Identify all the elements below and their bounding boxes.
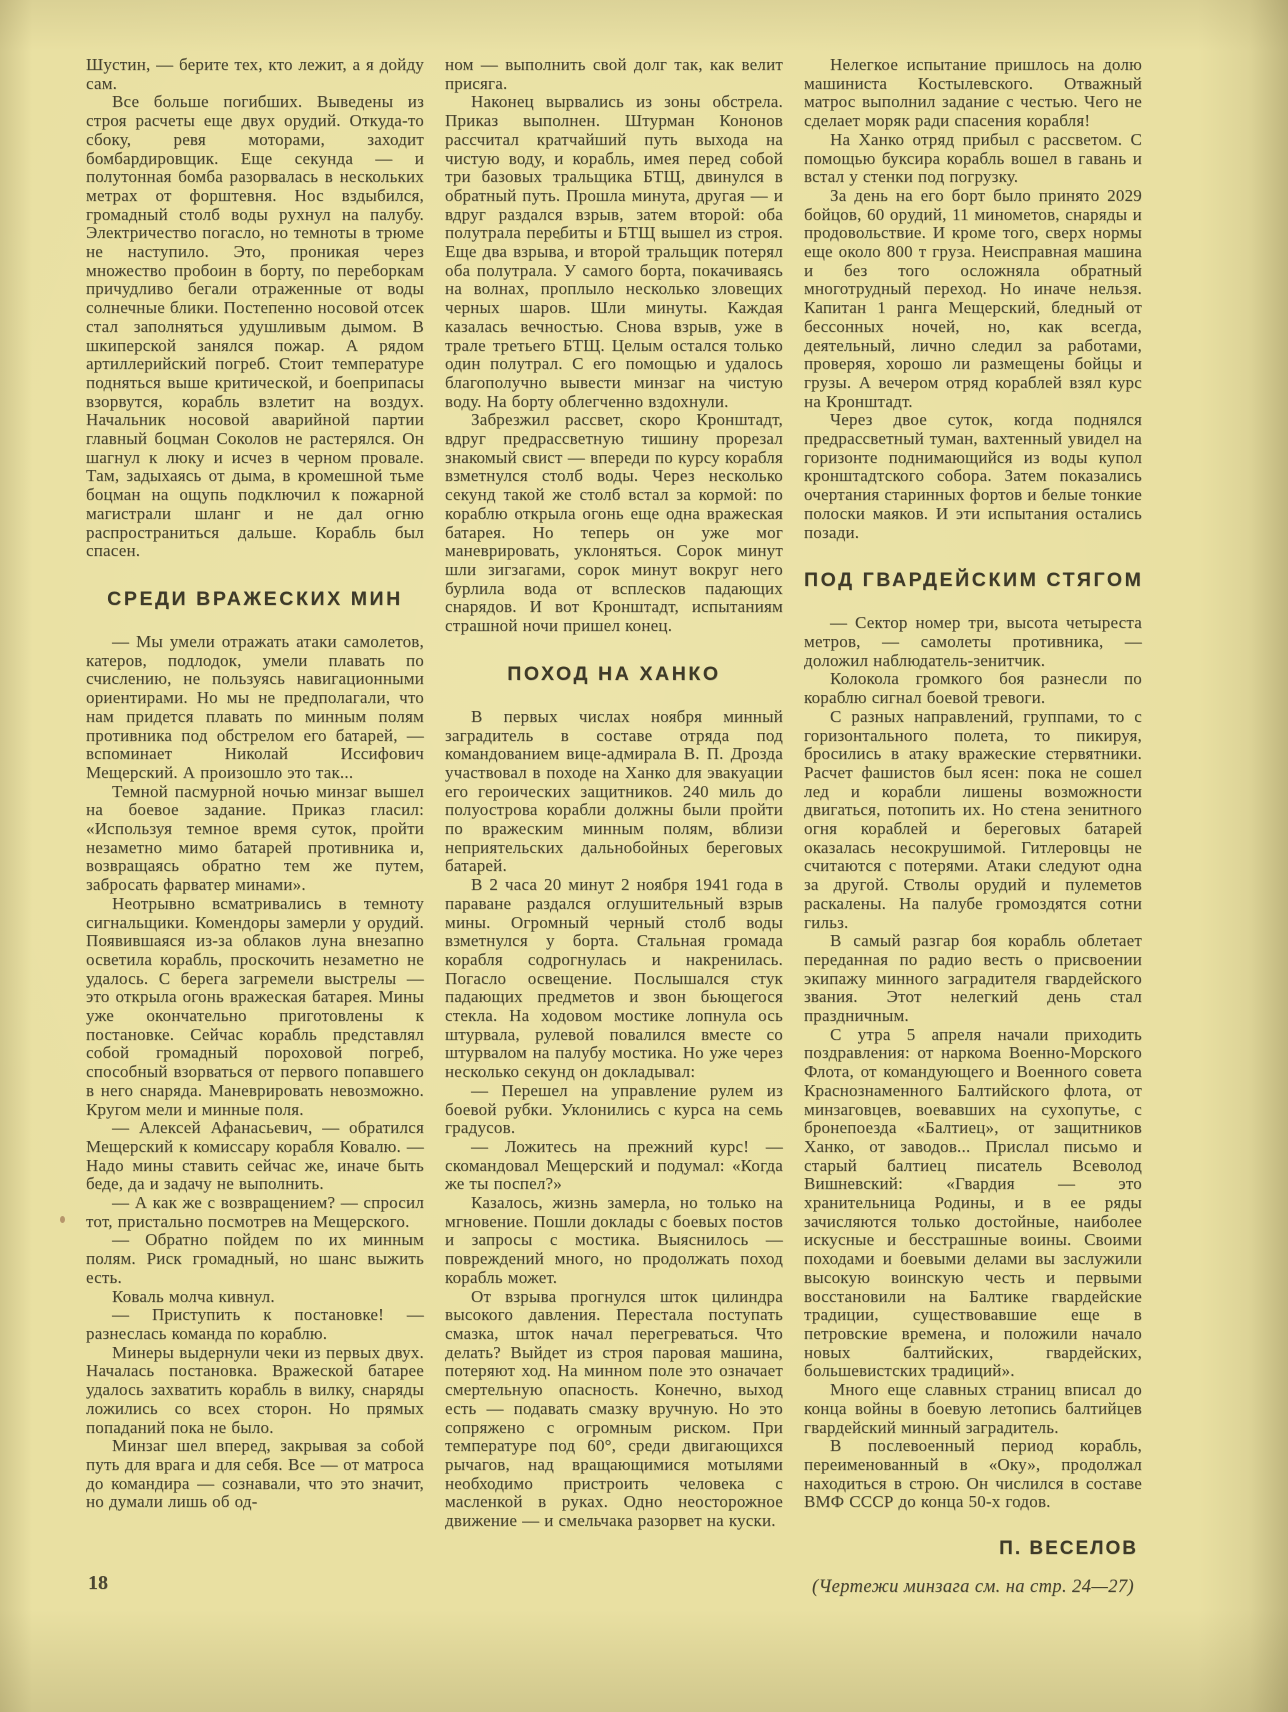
paragraph: Минзаг шел вперед, закрывая за собой пут…	[86, 1437, 424, 1512]
paragraph: Нелегкое испытание пришлось на долю маши…	[804, 56, 1142, 131]
paragraph: На Ханко отряд прибыл с рассветом. С пом…	[804, 131, 1142, 187]
paragraph: — Обратно пойдем по их минным полям. Рис…	[86, 1231, 424, 1287]
column-middle: ном — выполнить свой долг так, как велит…	[445, 56, 783, 1598]
paragraph: Казалось, жизнь замерла, но только на мг…	[445, 1194, 783, 1288]
paragraph: В первых числах ноября минный заградител…	[445, 708, 783, 876]
section-heading-pokhod-na-khanko: ПОХОД НА ХАНКО	[445, 663, 783, 686]
drawings-reference-footnote: (Чертежи минзага см. на стр. 24—27)	[804, 1577, 1142, 1598]
paragraph: В самый разгар боя корабль облетает пере…	[804, 932, 1142, 1026]
paragraph: — Приступить к постановке! — разнеслась …	[86, 1306, 424, 1343]
magazine-page: Шустин, — берите тех, кто лежит, а я дой…	[0, 0, 1288, 1712]
paragraph: Шустин, — берите тех, кто лежит, а я дой…	[86, 56, 424, 93]
paragraph: — Мы умели отражать атаки самолетов, кат…	[86, 633, 424, 783]
paragraph: С утра 5 апреля начали приходить поздрав…	[804, 1026, 1142, 1381]
paragraph: С разных направлений, группами, то с гор…	[804, 708, 1142, 932]
paragraph: — А как же с возвращением? — спросил тот…	[86, 1194, 424, 1231]
paragraph: Наконец вырвались из зоны обстрела. Прик…	[445, 93, 783, 411]
paragraph: Колокола громкого боя разнесли по корабл…	[804, 670, 1142, 707]
paper-speck	[557, 235, 563, 240]
paragraph: Неотрывно всматривались в темноту сигнал…	[86, 895, 424, 1119]
paper-speck	[60, 1216, 65, 1223]
paragraph: Темной пасмурной ночью минзаг вышел на б…	[86, 783, 424, 895]
paragraph: Все больше погибших. Выведены из строя р…	[86, 93, 424, 561]
author-byline: П. ВЕСЕЛОВ	[804, 1538, 1138, 1560]
section-heading-pod-gvardeyskim-styagom: ПОД ГВАРДЕЙСКИМ СТЯГОМ	[804, 569, 1142, 592]
column-right: Нелегкое испытание пришлось на долю маши…	[804, 56, 1142, 1598]
article-columns: Шустин, — берите тех, кто лежит, а я дой…	[86, 56, 1142, 1598]
paragraph: В послевоенный период корабль, переимено…	[804, 1437, 1142, 1512]
paragraph: Много еще славных страниц вписал до конц…	[804, 1381, 1142, 1437]
paragraph: — Ложитесь на прежний курс! — скомандова…	[445, 1138, 783, 1194]
paragraph: От взрыва прогнулся шток цилиндра высоко…	[445, 1288, 783, 1531]
paragraph: ном — выполнить свой долг так, как велит…	[445, 56, 783, 93]
paragraph: — Сектор номер три, высота четыреста мет…	[804, 614, 1142, 670]
section-heading-sredi-vrazheskikh-min: СРЕДИ ВРАЖЕСКИХ МИН	[86, 588, 424, 611]
paragraph: В 2 часа 20 минут 2 ноября 1941 года в п…	[445, 876, 783, 1082]
paragraph: Минеры выдернули чеки из первых двух. На…	[86, 1344, 424, 1438]
paragraph: Через двое суток, когда поднялся предрас…	[804, 411, 1142, 542]
paragraph: Забрезжил рассвет, скоро Кронштадт, вдру…	[445, 411, 783, 635]
paragraph: Коваль молча кивнул.	[86, 1288, 424, 1307]
column-left: Шустин, — берите тех, кто лежит, а я дой…	[86, 56, 424, 1598]
paragraph: — Перешел на управление рулем из боевой …	[445, 1082, 783, 1138]
paragraph: За день на его борт было принято 2029 бо…	[804, 187, 1142, 411]
page-number: 18	[88, 1572, 108, 1595]
paragraph: — Алексей Афанасьевич, — обратился Мещер…	[86, 1119, 424, 1194]
